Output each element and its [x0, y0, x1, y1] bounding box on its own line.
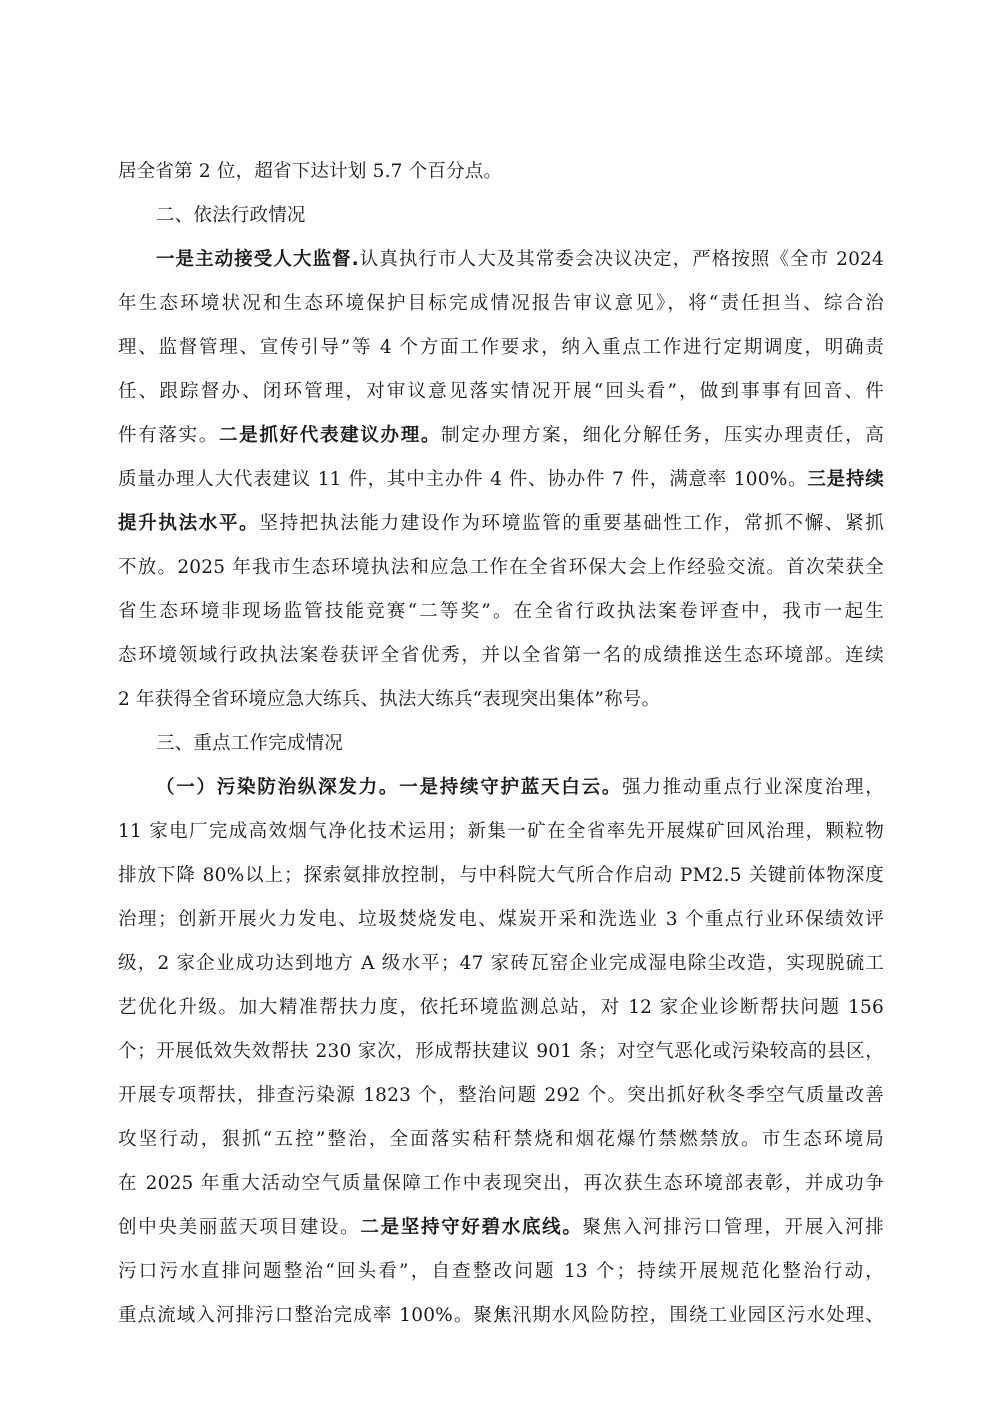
paragraph-line: 2 年获得全省环境应急大练兵、执法大练兵“表现突出集体”称号。 [118, 678, 884, 722]
paragraph-line: 一是主动接受人大监督.认真执行市人大及其常委会决议决定，严格按照《全市 2024 [118, 238, 884, 282]
paragraph-line: 创中央美丽蓝天项目建设。二是坚持守好碧水底线。聚焦入河排污口管理，开展入河排 [118, 1206, 884, 1250]
paragraph-line: 质量办理人大代表建议 11 件，其中主办件 4 件、协办件 7 件，满意率 10… [118, 458, 884, 502]
text-run: 制定办理方案，细化分解任务，压实办理责任，高 [441, 425, 884, 446]
paragraph-line: 年生态环境状况和生态环境保护目标完成情况报告审议意见》，将“责任担当、综合治 [118, 282, 884, 326]
heading-text: 三、重点工作完成情况 [156, 733, 343, 754]
text-run: 个；开展低效失效帮扶 230 家次，形成帮扶建议 901 条；对空气恶化或污染较… [118, 1041, 884, 1062]
paragraph-line: 任、跟踪督办、闭环管理，对审议意见落实情况开展“回头看”，做到事事有回音、件 [118, 370, 884, 414]
text-run: 在 2025 年重大活动空气质量保障工作中表现突出，再次获生态环境部表彰，并成功… [118, 1173, 884, 1194]
paragraph-line: 态环境领域行政执法案卷获评全省优秀，并以全省第一名的成绩推送生态环境部。连续 [118, 634, 884, 678]
bold-lead-text: 一是主动接受人大监督. [156, 249, 359, 270]
paragraph-line: 级，2 家企业成功达到地方 A 级水平；47 家砖瓦窑企业完成湿电除尘改造，实现… [118, 942, 884, 986]
text-run: 强力推动重点行业深度治理， [622, 777, 884, 798]
text-run: 居全省第 2 位，超省下达计划 5.7 个百分点。 [118, 161, 502, 182]
text-run: 不放。2025 年我市生态环境执法和应急工作在全省环保大会上作经验交流。首次荣获… [118, 557, 884, 578]
paragraph-line: 省生态环境非现场监管技能竞赛“二等奖”。在全省行政执法案卷评查中，我市一起生 [118, 590, 884, 634]
paragraph-line: 件有落实。二是抓好代表建议办理。制定办理方案，细化分解任务，压实办理责任，高 [118, 414, 884, 458]
section-heading-3: 三、重点工作完成情况 [118, 722, 884, 766]
paragraph-line: 居全省第 2 位，超省下达计划 5.7 个百分点。 [118, 150, 884, 194]
paragraph-line: 11 家电厂完成高效烟气净化技术运用；新集一矿在全省率先开展煤矿回风治理，颗粒物 [118, 810, 884, 854]
text-run: 艺优化升级。加大精准帮扶力度，依托环境监测总站，对 12 家企业诊断帮扶问题 1… [118, 997, 884, 1018]
text-run: 级，2 家企业成功达到地方 A 级水平；47 家砖瓦窑企业完成湿电除尘改造，实现… [118, 953, 884, 974]
paragraph-line: 不放。2025 年我市生态环境执法和应急工作在全省环保大会上作经验交流。首次荣获… [118, 546, 884, 590]
text-run: 任、跟踪督办、闭环管理，对审议意见落实情况开展“回头看”，做到事事有回音、件 [118, 381, 884, 402]
bold-lead-text: 三是持续 [807, 469, 884, 490]
text-run: 创中央美丽蓝天项目建设。 [118, 1217, 360, 1238]
paragraph-line: 污口污水直排问题整治“回头看”，自查整改问题 13 个；持续开展规范化整治行动， [118, 1250, 884, 1294]
paragraph-line: 理、监督管理、宣传引导”等 4 个方面工作要求，纳入重点工作进行定期调度，明确责 [118, 326, 884, 370]
text-run: 治理；创新开展火力发电、垃圾焚烧发电、煤炭开采和洗选业 3 个重点行业环保绩效评 [118, 909, 884, 930]
page-number: 3 [0, 1306, 1000, 1324]
paragraph-line: 开展专项帮扶，排查污染源 1823 个，整治问题 292 个。突出抓好秋冬季空气… [118, 1074, 884, 1118]
text-run: 理、监督管理、宣传引导”等 4 个方面工作要求，纳入重点工作进行定期调度，明确责 [118, 337, 884, 358]
text-run: 态环境领域行政执法案卷获评全省优秀，并以全省第一名的成绩推送生态环境部。连续 [118, 645, 884, 666]
bold-lead-text: 二是抓好代表建议办理。 [219, 425, 441, 446]
text-run: 件有落实。 [118, 425, 219, 446]
text-run: 质量办理人大代表建议 11 件，其中主办件 4 件、协办件 7 件，满意率 10… [118, 469, 807, 490]
paragraph-line: 排放下降 80%以上；探索氨排放控制，与中科院大气所合作启动 PM2.5 关键前… [118, 854, 884, 898]
text-run: 开展专项帮扶，排查污染源 1823 个，整治问题 292 个。突出抓好秋冬季空气… [118, 1085, 884, 1106]
text-run: 11 家电厂完成高效烟气净化技术运用；新集一矿在全省率先开展煤矿回风治理，颗粒物 [118, 821, 884, 842]
bold-lead-text: 二是坚持守好碧水底线。 [360, 1217, 582, 1238]
text-run: 年生态环境状况和生态环境保护目标完成情况报告审议意见》，将“责任担当、综合治 [118, 293, 884, 314]
heading-text: 二、依法行政情况 [156, 205, 306, 226]
text-run: 攻坚行动，狠抓“五控”整治，全面落实秸秆禁烧和烟花爆竹禁燃禁放。市生态环境局 [118, 1129, 884, 1150]
paragraph-line: 攻坚行动，狠抓“五控”整治，全面落实秸秆禁烧和烟花爆竹禁燃禁放。市生态环境局 [118, 1118, 884, 1162]
document-page: 居全省第 2 位，超省下达计划 5.7 个百分点。 二、依法行政情况 一是主动接… [118, 150, 884, 1338]
text-run: 省生态环境非现场监管技能竞赛“二等奖”。在全省行政执法案卷评查中，我市一起生 [118, 601, 884, 622]
paragraph-line: 提升执法水平。坚持把执法能力建设作为环境监管的重要基础性工作，常抓不懈、紧抓 [118, 502, 884, 546]
bold-lead-text: 提升执法水平。 [118, 513, 259, 534]
paragraph-line: 治理；创新开展火力发电、垃圾焚烧发电、煤炭开采和洗选业 3 个重点行业环保绩效评 [118, 898, 884, 942]
paragraph-line: 在 2025 年重大活动空气质量保障工作中表现突出，再次获生态环境部表彰，并成功… [118, 1162, 884, 1206]
paragraph-line: （一）污染防治纵深发力。一是持续守护蓝天白云。强力推动重点行业深度治理， [118, 766, 884, 810]
text-run: 聚焦入河排污口管理，开展入河排 [583, 1217, 884, 1238]
text-run: 认真执行市人大及其常委会决议决定，严格按照《全市 2024 [359, 249, 884, 270]
text-run: 污口污水直排问题整治“回头看”，自查整改问题 13 个；持续开展规范化整治行动， [118, 1261, 884, 1282]
paragraph-line: 艺优化升级。加大精准帮扶力度，依托环境监测总站，对 12 家企业诊断帮扶问题 1… [118, 986, 884, 1030]
text-run: 排放下降 80%以上；探索氨排放控制，与中科院大气所合作启动 PM2.5 关键前… [118, 865, 884, 886]
bold-lead-text: 一是持续守护蓝天白云。 [399, 777, 622, 798]
section-heading-2: 二、依法行政情况 [118, 194, 884, 238]
text-run: 坚持把执法能力建设作为环境监管的重要基础性工作，常抓不懈、紧抓 [259, 513, 884, 534]
paragraph-line: 个；开展低效失效帮扶 230 家次，形成帮扶建议 901 条；对空气恶化或污染较… [118, 1030, 884, 1074]
text-run: 2 年获得全省环境应急大练兵、执法大练兵“表现突出集体”称号。 [118, 689, 660, 710]
subsection-heading: （一）污染防治纵深发力。 [156, 777, 399, 798]
